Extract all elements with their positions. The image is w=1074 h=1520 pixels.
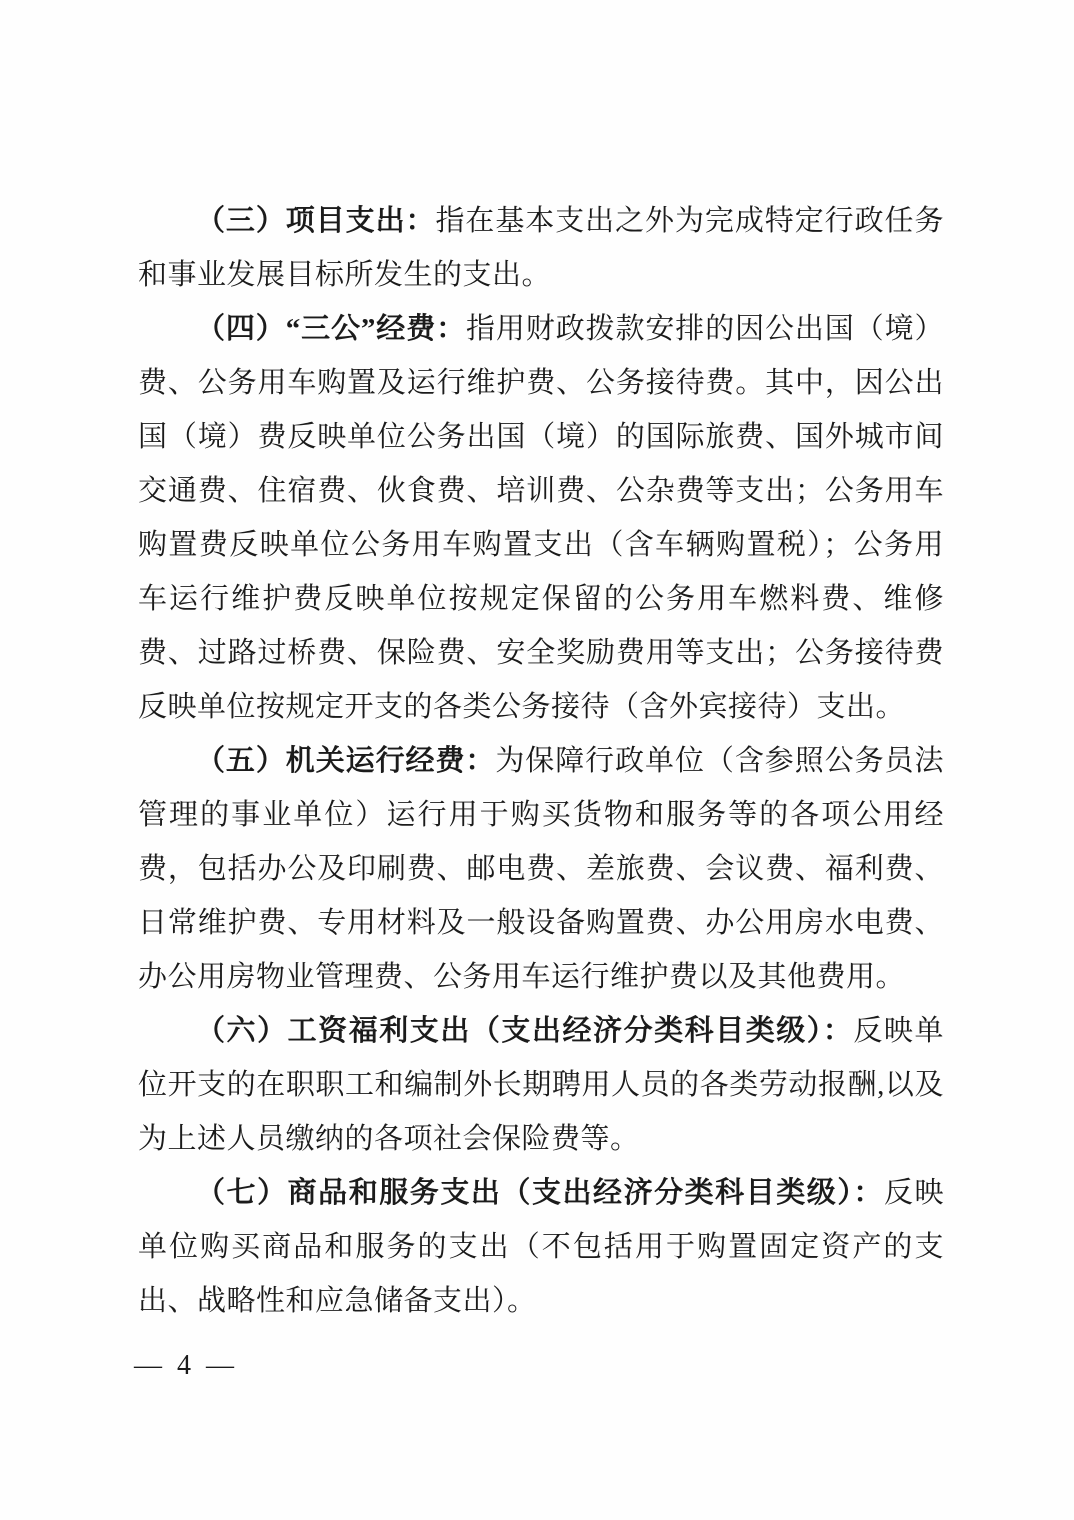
paragraph-item-5: （五）机关运行经费：为保障行政单位（含参照公务员法管理的事业单位）运行用于购买货…	[138, 734, 944, 1004]
paragraph-heading: （四）“三公”经费：	[196, 313, 466, 345]
paragraph-item-4: （四）“三公”经费：指用财政拨款安排的因公出国（境）费、公务用车购置及运行维护费…	[138, 302, 944, 734]
paragraph-item-6: （六）工资福利支出（支出经济分类科目类级）：反映单位开支的在职职工和编制外长期聘…	[138, 1004, 944, 1166]
paragraph-heading: （七）商品和服务支出（支出经济分类科目类级）：	[196, 1177, 884, 1209]
paragraph-text: 为保障行政单位（含参照公务员法管理的事业单位）运行用于购买货物和服务等的各项公用…	[138, 745, 944, 993]
paragraph-heading: （五）机关运行经费：	[196, 745, 495, 777]
page-number: — 4 —	[134, 1350, 238, 1382]
paragraph-text: 指用财政拨款安排的因公出国（境）费、公务用车购置及运行维护费、公务接待费。其中，…	[138, 313, 944, 723]
paragraph-item-3: （三）项目支出：指在基本支出之外为完成特定行政任务和事业发展目标所发生的支出。	[138, 194, 944, 302]
paragraph-heading: （六）工资福利支出（支出经济分类科目类级）：	[196, 1015, 853, 1047]
paragraph-item-7: （七）商品和服务支出（支出经济分类科目类级）：反映单位购买商品和服务的支出（不包…	[138, 1166, 944, 1328]
paragraph-heading: （三）项目支出：	[196, 205, 436, 237]
document-body: （三）项目支出：指在基本支出之外为完成特定行政任务和事业发展目标所发生的支出。 …	[138, 194, 944, 1328]
document-page: （三）项目支出：指在基本支出之外为完成特定行政任务和事业发展目标所发生的支出。 …	[0, 0, 1074, 1520]
